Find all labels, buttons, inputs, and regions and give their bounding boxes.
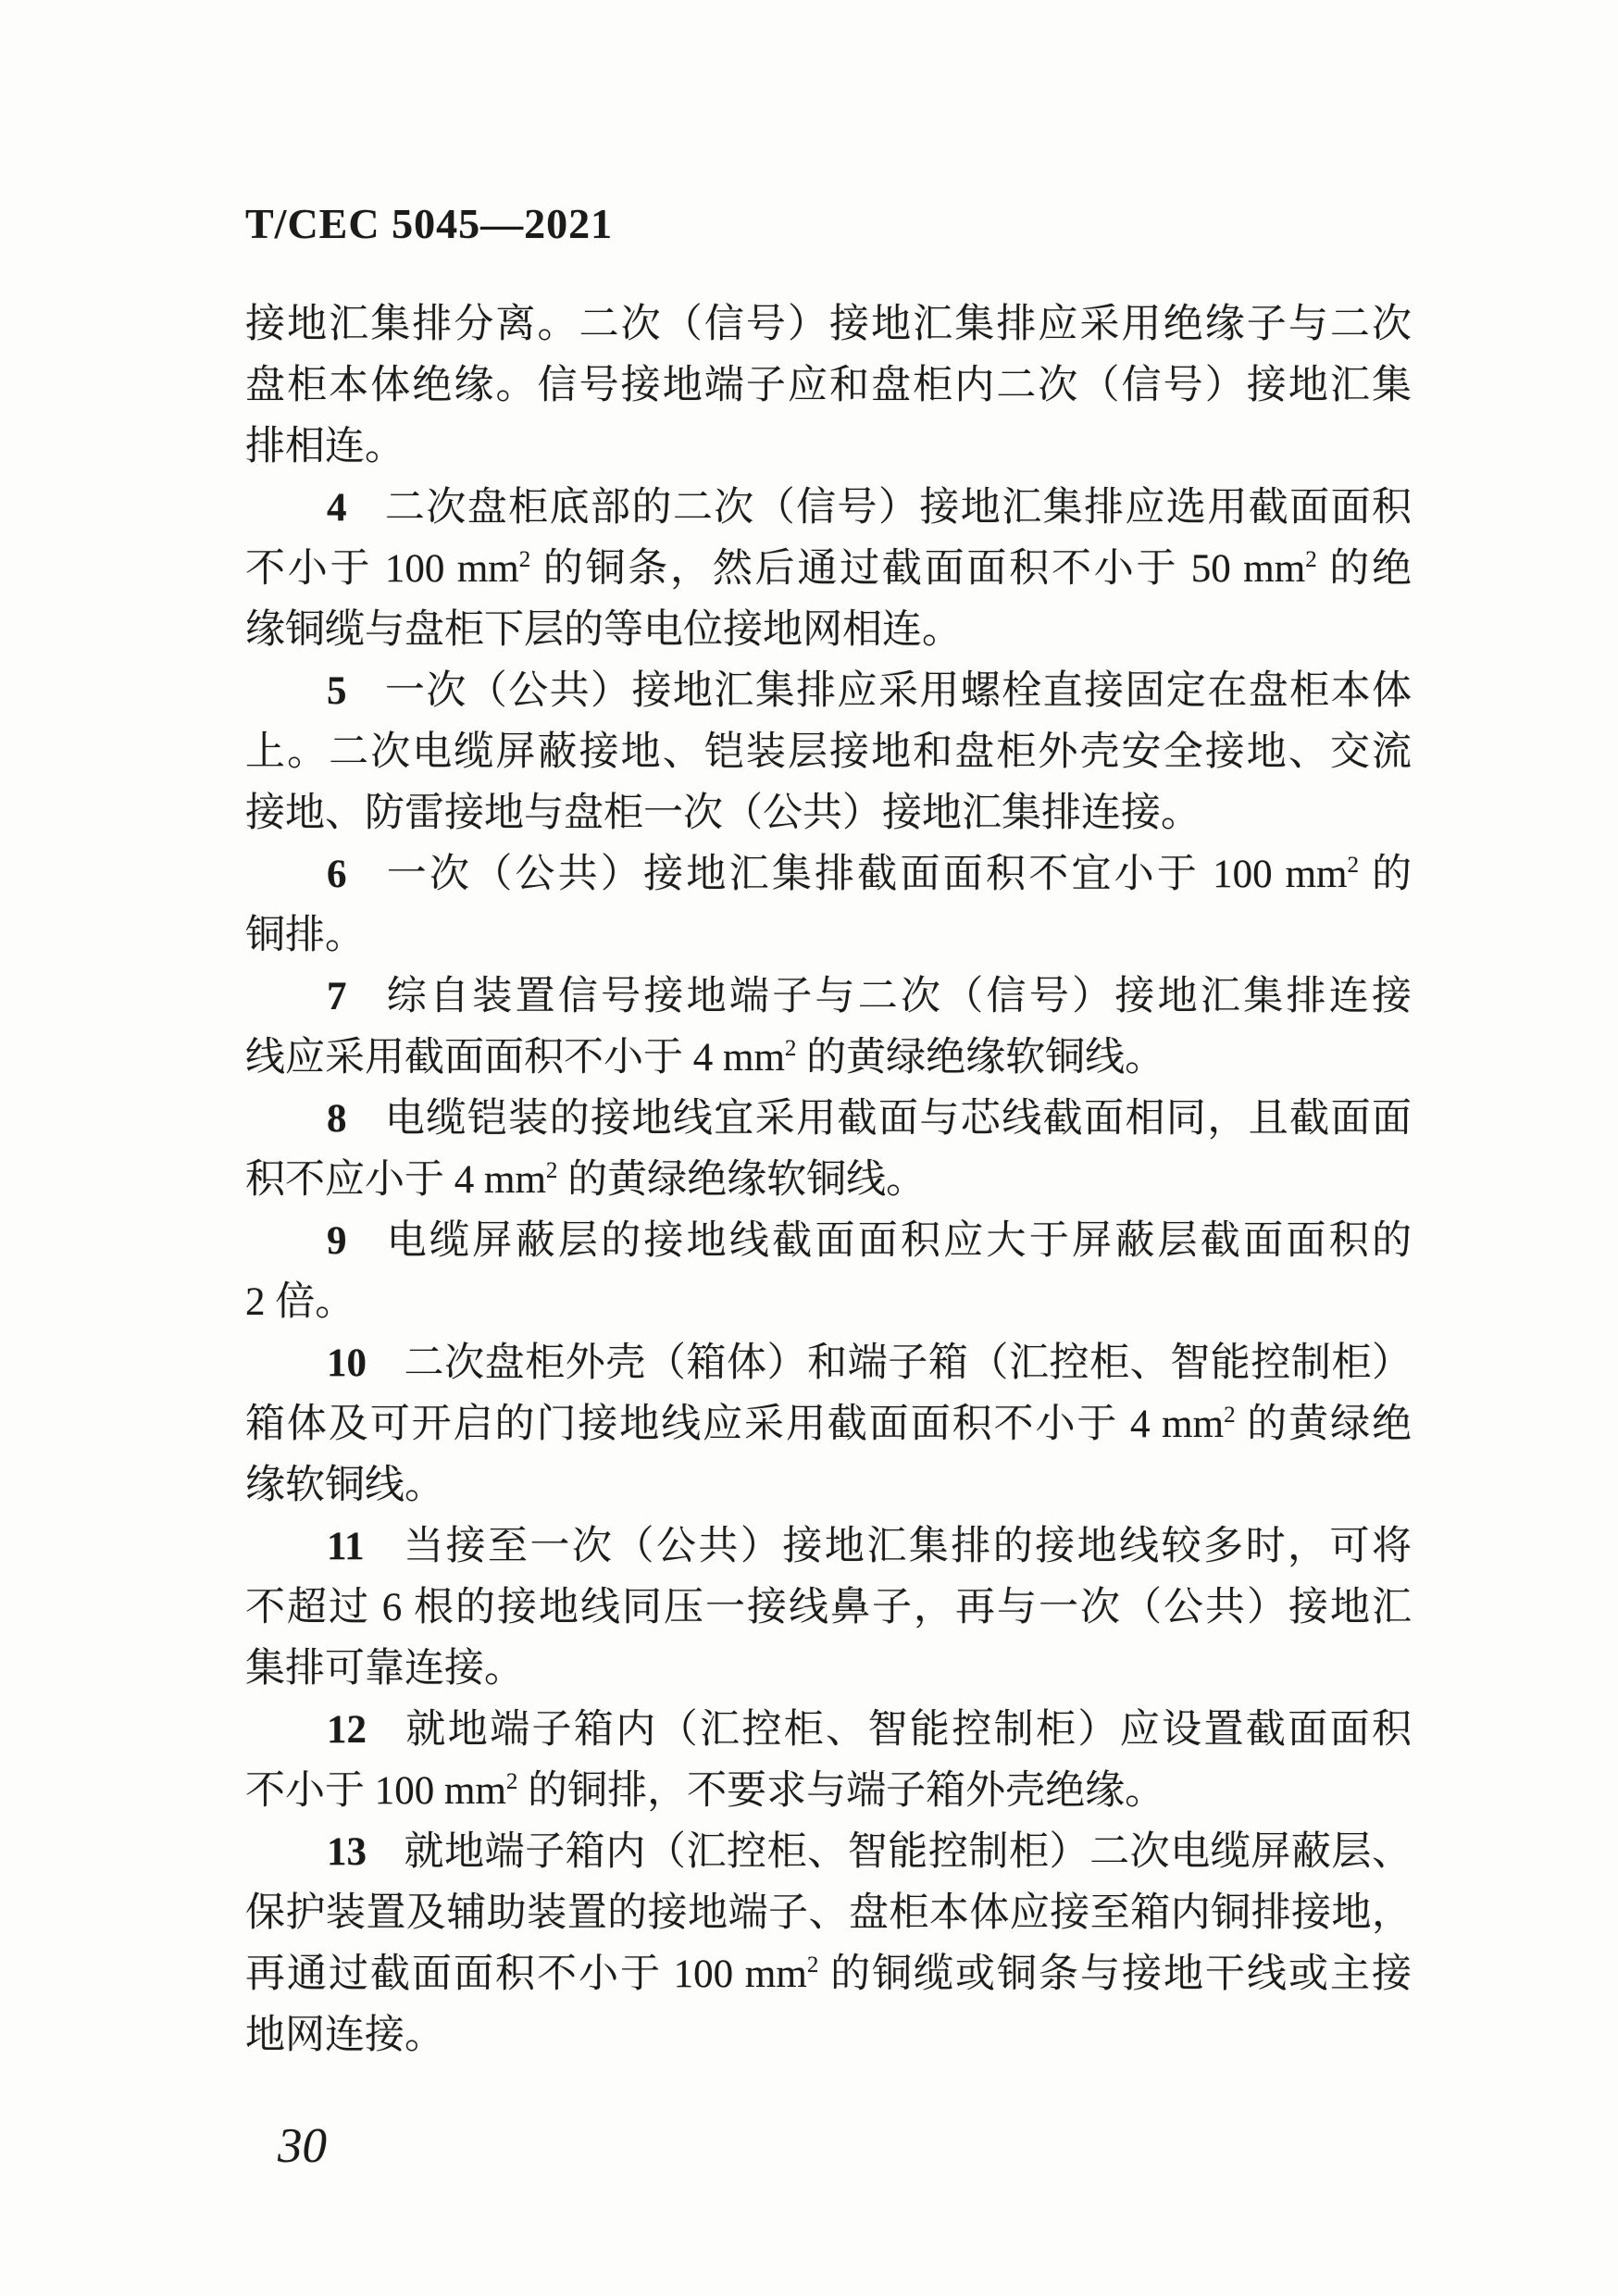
text-line: 不小于 100 mm2 的铜排，不要求与端子箱外壳绝缘。 — [245, 1761, 1412, 1822]
text-segment: 电缆铠装的接地线宜采用截面与芯线截面相同，且截面面 — [384, 1097, 1413, 1141]
text-line: 接地、防雷接地与盘柜一次（公共）接地汇集排连接。 — [245, 783, 1412, 844]
text-segment: 不超过 6 根的接地线同压一接线鼻子，再与一次（公共）接地汇 — [245, 1586, 1412, 1629]
text-line: 缘铜缆与盘柜下层的等电位接地网相连。 — [245, 600, 1412, 661]
text-line: 再通过截面面积不小于 100 mm2 的铜缆或铜条与接地干线或主接 — [245, 1944, 1412, 2005]
text-line: 2 倍。 — [245, 1272, 1412, 1333]
text-line: 铜排。 — [245, 905, 1412, 967]
superscript-exponent: 2 — [785, 1036, 797, 1061]
text-segment: 集排可靠连接。 — [245, 1647, 524, 1691]
clause-first-line: 6一次（公共）接地汇集排截面面积不宜小于 100 mm2 的 — [245, 844, 1412, 905]
text-segment: 的黄绿绝缘软铜线。 — [796, 1036, 1164, 1079]
text-segment: 接地、防雷接地与盘柜一次（公共）接地汇集排连接。 — [245, 792, 1201, 835]
text-segment: 的绝 — [1317, 547, 1412, 591]
text-segment: 的 — [1359, 853, 1412, 896]
text-line: 不小于 100 mm2 的铜条，然后通过截面面积不小于 50 mm2 的绝 — [245, 539, 1412, 600]
text-segment: 缘铜缆与盘柜下层的等电位接地网相连。 — [245, 608, 962, 652]
clause-first-line: 4二次盘柜底部的二次（信号）接地汇集排应选用截面面积 — [245, 478, 1412, 539]
clause-first-line: 11当接至一次（公共）接地汇集排的接地线较多时，可将 — [245, 1516, 1412, 1578]
text-segment: 就地端子箱内（汇控柜、智能控制柜）二次电缆屏蔽层、 — [404, 1830, 1412, 1874]
superscript-exponent: 2 — [807, 1953, 819, 1978]
text-segment: 不小于 100 mm — [245, 1769, 506, 1813]
superscript-exponent: 2 — [519, 547, 531, 572]
clause-number: 7 — [327, 975, 347, 1018]
text-segment: 的黄绿绝 — [1236, 1403, 1412, 1446]
clause-number: 11 — [327, 1525, 365, 1568]
text-line: 线应采用截面面积不小于 4 mm2 的黄绿绝缘软铜线。 — [245, 1028, 1412, 1089]
text-segment: 上。二次电缆屏蔽接地、铠装层接地和盘柜外壳安全接地、交流 — [245, 730, 1412, 774]
clause-number: 12 — [327, 1708, 367, 1752]
text-line: 上。二次电缆屏蔽接地、铠装层接地和盘柜外壳安全接地、交流 — [245, 722, 1412, 783]
clause-first-line: 8电缆铠装的接地线宜采用截面与芯线截面相同，且截面面 — [245, 1089, 1412, 1150]
text-segment: 的铜条，然后通过截面面积不小于 50 mm — [530, 547, 1305, 591]
superscript-exponent: 2 — [546, 1158, 558, 1183]
text-segment: 不小于 100 mm — [245, 547, 519, 591]
standard-number-header: T/CEC 5045—2021 — [245, 200, 613, 248]
text-line: 盘柜本体绝缘。信号接地端子应和盘柜内二次（信号）接地汇集 — [245, 356, 1412, 417]
text-segment: 盘柜本体绝缘。信号接地端子应和盘柜内二次（信号）接地汇集 — [245, 364, 1412, 407]
text-line: 缘软铜线。 — [245, 1455, 1412, 1516]
page-number: 30 — [278, 2118, 327, 2174]
text-line: 保护装置及辅助装置的接地端子、盘柜本体应接至箱内铜排接地， — [245, 1883, 1412, 1944]
superscript-exponent: 2 — [1348, 853, 1360, 878]
clause-first-line: 12就地端子箱内（汇控柜、智能控制柜）应设置截面面积 — [245, 1700, 1412, 1761]
text-segment: 综自装置信号接地端子与二次（信号）接地汇集排连接 — [384, 975, 1413, 1018]
clause-first-line: 13就地端子箱内（汇控柜、智能控制柜）二次电缆屏蔽层、 — [245, 1822, 1412, 1883]
superscript-exponent: 2 — [1224, 1403, 1236, 1428]
text-line: 地网连接。 — [245, 2005, 1412, 2066]
clause-number: 8 — [327, 1097, 347, 1141]
text-segment: 积不应小于 4 mm — [245, 1158, 546, 1202]
text-segment: 的铜排，不要求与端子箱外壳绝缘。 — [517, 1769, 1164, 1813]
text-segment: 线应采用截面面积不小于 4 mm — [245, 1036, 785, 1079]
text-line: 积不应小于 4 mm2 的黄绿绝缘软铜线。 — [245, 1150, 1412, 1211]
text-segment: 就地端子箱内（汇控柜、智能控制柜）应设置截面面积 — [404, 1708, 1412, 1752]
text-segment: 一次（公共）接地汇集排应采用螺栓直接固定在盘柜本体 — [384, 669, 1413, 713]
clause-number: 6 — [327, 853, 347, 896]
clause-number: 13 — [327, 1830, 367, 1874]
text-segment: 电缆屏蔽层的接地线截面面积应大于屏蔽层截面面积的 — [384, 1219, 1413, 1263]
text-segment: 接地汇集排分离。二次（信号）接地汇集排应采用绝缘子与二次 — [245, 303, 1412, 346]
clause-first-line: 10二次盘柜外壳（箱体）和端子箱（汇控柜、智能控制柜） — [245, 1333, 1412, 1394]
superscript-exponent: 2 — [506, 1769, 518, 1794]
superscript-exponent: 2 — [1305, 547, 1317, 572]
text-segment: 再通过截面面积不小于 100 mm — [245, 1953, 807, 1996]
text-segment: 排相连。 — [245, 425, 404, 468]
text-line: 排相连。 — [245, 417, 1412, 478]
clause-number: 10 — [327, 1341, 367, 1385]
document-page: T/CEC 5045—2021 接地汇集排分离。二次（信号）接地汇集排应采用绝缘… — [0, 0, 1618, 2296]
clause-number: 9 — [327, 1219, 347, 1263]
text-segment: 缘软铜线。 — [245, 1464, 444, 1507]
clause-number: 4 — [327, 486, 347, 530]
text-segment: 地网连接。 — [245, 2014, 444, 2057]
text-segment: 保护装置及辅助装置的接地端子、盘柜本体应接至箱内铜排接地， — [245, 1891, 1412, 1935]
text-segment: 二次盘柜外壳（箱体）和端子箱（汇控柜、智能控制柜） — [404, 1341, 1412, 1385]
text-segment: 的铜缆或铜条与接地干线或主接 — [818, 1953, 1412, 1996]
clause-first-line: 5一次（公共）接地汇集排应采用螺栓直接固定在盘柜本体 — [245, 661, 1412, 722]
clause-first-line: 9电缆屏蔽层的接地线截面面积应大于屏蔽层截面面积的 — [245, 1211, 1412, 1272]
text-segment: 铜排。 — [245, 914, 365, 957]
text-segment: 一次（公共）接地汇集排截面面积不宜小于 100 mm — [384, 853, 1348, 896]
text-segment: 当接至一次（公共）接地汇集排的接地线较多时，可将 — [402, 1525, 1412, 1568]
text-segment: 2 倍。 — [245, 1280, 355, 1324]
text-line: 接地汇集排分离。二次（信号）接地汇集排应采用绝缘子与二次 — [245, 294, 1412, 356]
text-line: 不超过 6 根的接地线同压一接线鼻子，再与一次（公共）接地汇 — [245, 1578, 1412, 1639]
clause-number: 5 — [327, 669, 347, 713]
clause-first-line: 7综自装置信号接地端子与二次（信号）接地汇集排连接 — [245, 967, 1412, 1028]
text-line: 箱体及可开启的门接地线应采用截面面积不小于 4 mm2 的黄绿绝 — [245, 1394, 1412, 1455]
text-segment: 二次盘柜底部的二次（信号）接地汇集排应选用截面面积 — [384, 486, 1413, 530]
text-segment: 箱体及可开启的门接地线应采用截面面积不小于 4 mm — [245, 1403, 1224, 1446]
text-line: 集排可靠连接。 — [245, 1639, 1412, 1700]
text-segment: 的黄绿绝缘软铜线。 — [557, 1158, 926, 1202]
document-body: 接地汇集排分离。二次（信号）接地汇集排应采用绝缘子与二次盘柜本体绝缘。信号接地端… — [245, 294, 1412, 2066]
